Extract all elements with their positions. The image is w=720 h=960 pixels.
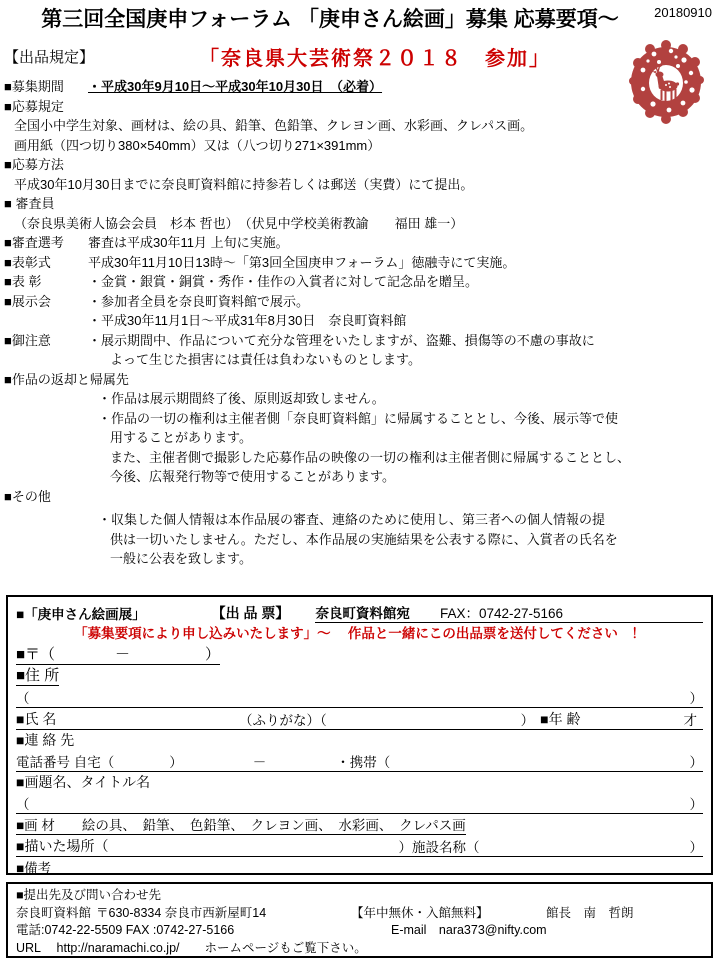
remarks-field-label: ■備考 (16, 857, 703, 877)
other-line2: 供は一切いたしません。ただし、本作品展の実施結果を公表する際に、入賞者の氏名を (0, 530, 720, 550)
application-rules-line1: 全国小中学生対象、画材は、絵の具、鉛筆、色鉛筆、クレヨン画、水彩画、クレパス画。 (0, 116, 720, 136)
return-line2: ・作品の一切の権利は主催者側「奈良町資料館」に帰属することとし、今後、展示等で使 (0, 409, 720, 429)
director-name: 館長 南 哲朗 (546, 905, 634, 923)
artwork-title-label: ■画題名、タイトル名 (16, 772, 703, 792)
contact-field-label: ■連 絡 先 (16, 730, 703, 750)
email: E-mail nara373@nifty.com (391, 922, 547, 940)
age-unit: 才 (684, 709, 698, 729)
address-field-label: ■住 所 (16, 665, 703, 686)
facility-field-label: ）施設名称（ (398, 836, 479, 856)
rules-header: 【出品規定】 「奈良県大芸術祭２０１８ 参加」 (0, 42, 720, 71)
phone-dash: － (253, 751, 267, 771)
museum-name: 奈良町資料館 (16, 905, 96, 923)
return-line3: 用することがあります。 (0, 428, 720, 448)
postal-code-field: ■〒（ － ） (16, 644, 703, 665)
exhibition-name: ■「庚申さん絵画展」 (16, 603, 146, 623)
award-ceremony-row: ■表彰式 平成30年11月10日13時～「第3回全国庚申フォーラム」徳融寺にて実… (0, 253, 720, 273)
other-line1: ・収集した個人情報は本作品展の審査、連絡のために使用し、第三者への個人情報の提 (0, 510, 720, 530)
exhibition-row: ■展示会 ・参加者全員を奈良町資料館で展示。 (0, 292, 720, 312)
name-field-label: ■氏 名 (16, 709, 239, 729)
museum-info-row: 奈良町資料館 〒630-8334 奈良市西新屋町14 【年中無休・入館無料】 館… (16, 905, 703, 923)
phone-mobile-label: ・携帯（ (336, 751, 390, 771)
application-rules-label: ■応募規定 (0, 97, 720, 117)
rules-section: ■募集期間 ・平成30年9月10日～平成30年10月30日 （必着） ■応募規定… (0, 77, 720, 569)
page-title: 第三回全国庚申フォーラム 「庚申さん絵画」募集 応募要項～ (0, 6, 660, 34)
application-method-line1: 平成30年10月30日までに奈良町資料館に持参若しくは郵送（実費）にて提出。 (0, 175, 720, 195)
phone-field: 電話番号 自宅（ ） － ・携帯（ ） (16, 750, 703, 772)
fax-number: FAX：0742-27-5166 (440, 602, 563, 622)
screening-row: ■審査選考 審査は平成30年11月 上旬に実施。 (0, 233, 720, 253)
form-instruction: 「募集要項により申し込みいたします」～ 作品と一緒にこの出品票を送付してください… (16, 623, 703, 644)
other-label: ■その他 (0, 487, 720, 507)
date-code: 20180910 (654, 5, 712, 20)
name-age-field: ■氏 名 （ふりがな）（ ） ■年 齢 才 (16, 708, 703, 730)
museum-address: 〒630-8334 奈良市西新屋町14 (96, 905, 351, 923)
tel-email-row: 電話:0742-22-5509 FAX :0742-27-5166 E-mail… (16, 922, 703, 940)
addressee-fax-group: 奈良町資料館宛 FAX：0742-27-5166 (315, 602, 703, 623)
other-line3: 一般に公表を致します。 (0, 549, 720, 569)
application-rules-line2: 画用紙（四つ切り380×540mm）又は（八つ切り271×391mm） (0, 136, 720, 156)
return-line4: また、主催者側で撮影した応募作品の映像の一切の権利は主催者側に帰属することとし、 (0, 448, 720, 468)
entry-ticket-title: 【出 品 票】 (212, 603, 290, 623)
return-line1: ・作品は展示期間終了後、原則返却致しません。 (0, 389, 720, 409)
place-field-label: ■描いた場所（ (16, 836, 108, 856)
judges-label: ■ 審査員 (0, 194, 720, 214)
awards-row: ■表 彰 ・金賞・銀賞・銅賞・秀作・佳作の入賞者に対して記念品を贈呈。 (0, 272, 720, 292)
material-options-row: ■画 材 絵の具、 鉛筆、 色鉛筆、 クレヨン画、 水彩画、 クレパス画 (16, 814, 703, 835)
drawing-place-field: ■描いた場所（ ）施設名称（ ） (16, 835, 703, 857)
address-field: （ ） (16, 686, 703, 708)
exhibit-rules-label: 【出品規定】 (0, 42, 110, 67)
application-method-label: ■応募方法 (0, 155, 720, 175)
caution-row2: よって生じた損害には責任は負わないものとします。 (0, 350, 720, 370)
furigana-field-label: （ふりがな）（ (239, 709, 327, 729)
url-row: URL http://naramachi.co.jp/ ホームページもご覧下さい… (16, 940, 703, 958)
phone-home-label: 電話番号 自宅（ (16, 751, 114, 771)
nara-deer-stamp-icon (626, 36, 706, 128)
caution-row: ■御注意 ・展示期間中、作品について充分な管理をいたしますが、盗難、損傷等の不慮… (0, 331, 720, 351)
festival-participation-title: 「奈良県大芸術祭２０１８ 参加」 (110, 42, 640, 71)
submit-contact-heading: ■提出先及び問い合わせ先 (16, 887, 703, 905)
return-line5: 今後、広報発行物等で使用することがあります。 (0, 467, 720, 487)
tel-fax: 電話:0742-22-5509 FAX :0742-27-5166 (16, 922, 391, 940)
judges-line1: （奈良県美術人協会会員 杉本 哲也） （伏見中学校美術教諭 福田 雄一） (0, 214, 720, 234)
contact-info-box: ■提出先及び問い合わせ先 奈良町資料館 〒630-8334 奈良市西新屋町14 … (6, 882, 713, 958)
open-info: 【年中無休・入館無料】 (351, 905, 546, 923)
document-page: 第三回全国庚申フォーラム 「庚申さん絵画」募集 応募要項～ 20180910 (0, 0, 720, 960)
return-ownership-label: ■作品の返却と帰属先 (0, 370, 720, 390)
recruitment-period-label: ■募集期間 (0, 77, 88, 97)
recruitment-period-row: ■募集期間 ・平成30年9月10日～平成30年10月30日 （必着） (0, 77, 720, 97)
addressee: 奈良町資料館宛 (315, 602, 410, 622)
exhibition-row2: ・平成30年11月1日～平成31年8月30日 奈良町資料館 (0, 311, 720, 331)
age-field-label: ■年 齢 (540, 709, 580, 729)
entry-form-box: ■「庚申さん絵画展」 【出 品 票】 奈良町資料館宛 FAX：0742-27-5… (6, 595, 713, 875)
entry-form-header: ■「庚申さん絵画展」 【出 品 票】 奈良町資料館宛 FAX：0742-27-5… (16, 600, 703, 623)
artwork-title-field: （ ） (16, 792, 703, 814)
